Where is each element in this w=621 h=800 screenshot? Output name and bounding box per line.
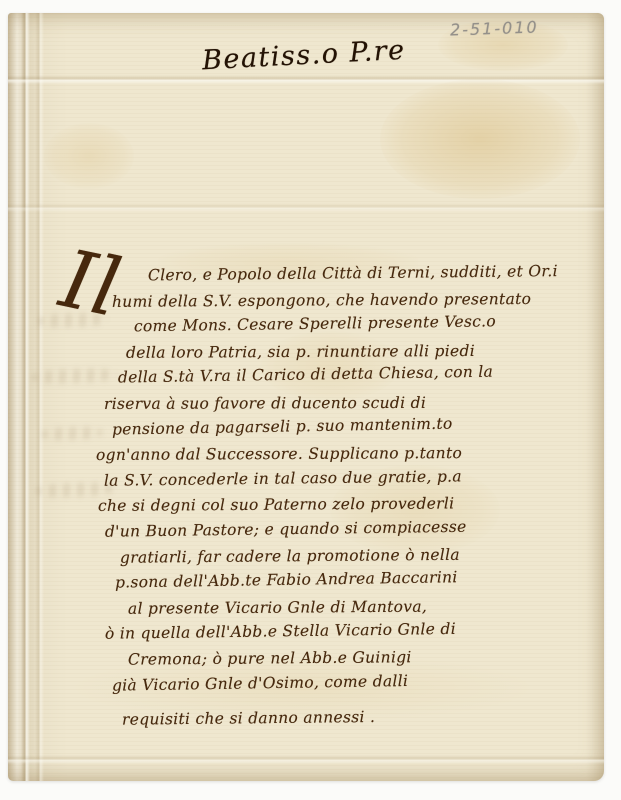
- letter-body: Clero, e Popolo della Città di Terni, su…: [88, 264, 590, 734]
- upper-fold-crease: [8, 203, 604, 212]
- letter-body-line: requisiti che si danno annessi .: [88, 703, 590, 734]
- paper-stain: [380, 79, 580, 199]
- archive-catalog-number: 2-51-010: [450, 17, 539, 39]
- left-fold-crease-secondary: [35, 13, 44, 781]
- left-fold-crease: [21, 13, 30, 781]
- letter-body-line: ò in quella dell'Abb.e Stella Vicario Gn…: [88, 615, 590, 648]
- letter-body-line: come Mons. Cesare Sperelli presente Vesc…: [88, 308, 590, 341]
- paper-stain: [44, 123, 134, 189]
- letter-body-line: Clero, e Popolo della Città di Terni, su…: [88, 259, 590, 290]
- manuscript-scan: 2-51-010 Beatiss.o P.re Il Clero, e Popo…: [0, 0, 621, 800]
- bottom-edge-crease: [8, 755, 604, 764]
- letter-body-line: la S.V. concederle in tal caso due grati…: [88, 463, 590, 495]
